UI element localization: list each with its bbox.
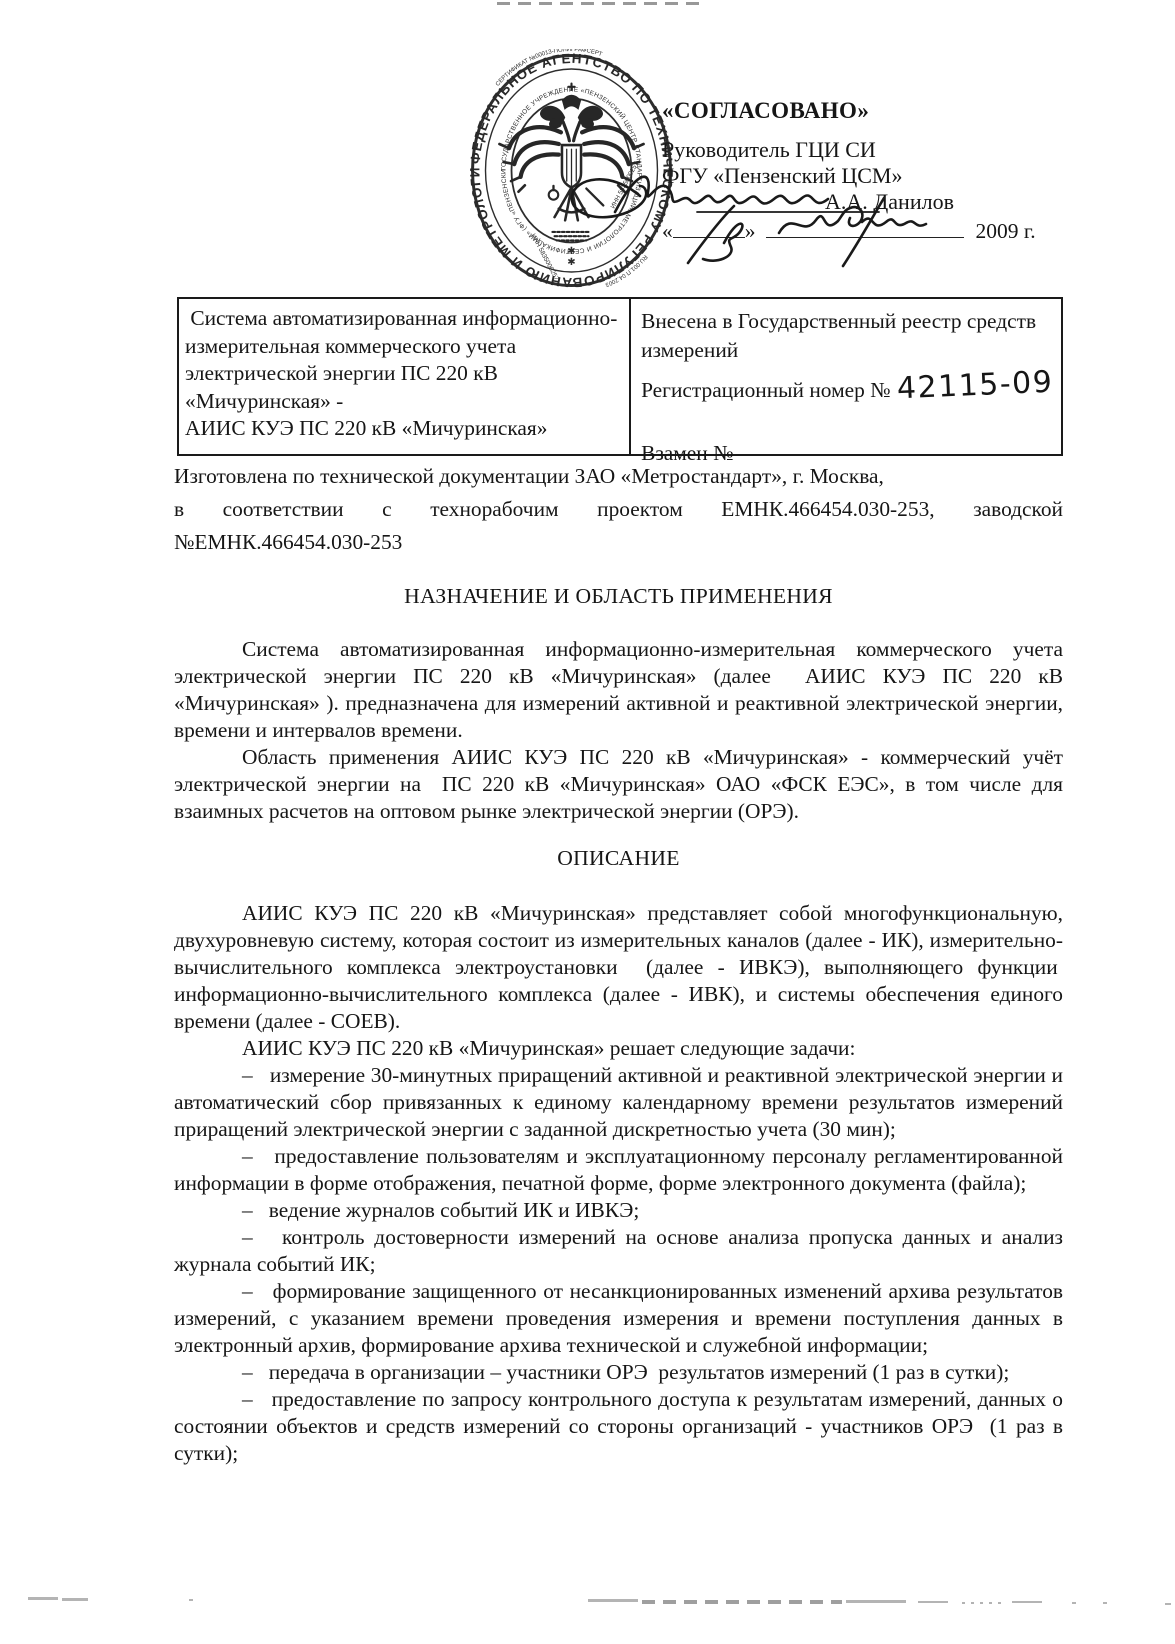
purpose-paragraph-1: Система автоматизированная информационно… [174,636,1063,744]
task-bullet: – измерение 30-минутных приращений актив… [174,1062,1063,1143]
registration-number-row: Регистрационный номер №42115-09 [641,373,1053,405]
registry-entered-line: измерений [641,336,1053,365]
date-quote-close: » [745,219,756,243]
task-bullet: – ведение журналов событий ИК и ИВКЭ; [174,1197,1063,1224]
approval-signer-row: А.А. Данилов [662,189,1082,215]
manufacture-line: в соответствии с технорабочим проектом Е… [174,493,1063,526]
date-year: 2009 г. [976,219,1036,243]
approval-title: «СОГЛАСОВАНО» [662,98,1082,124]
approval-block: «СОГЛАСОВАНО» Руководитель ГЦИ СИ ФГУ «П… [662,98,1082,244]
manufacture-paragraph: Изготовлена по технической документации … [174,460,1063,559]
purpose-paragraph-2: Область применения АИИС КУЭ ПС 220 кВ «М… [174,744,1063,825]
task-bullet: – формирование защищенного от несанкцион… [174,1278,1063,1359]
date-month-blank [766,237,964,238]
manufacture-line: №ЕМНК.466454.030-253 [174,526,1063,559]
task-bullet: – контроль достоверности измерений на ос… [174,1224,1063,1278]
stamp-star: ✱ [567,246,575,257]
approval-date-row: «»2009 г. [662,218,1082,244]
manufacture-line: Изготовлена по технической документации … [174,460,1063,493]
system-name-line: электрической энергии ПС 220 кВ [185,360,621,388]
section-heading-purpose: НАЗНАЧЕНИЕ И ОБЛАСТЬ ПРИМЕНЕНИЯ [174,583,1063,610]
registration-number-value: 42115-09 [896,368,1054,404]
system-name-line: Система автоматизированная информационно… [185,305,621,333]
system-name-line: АИИС КУЭ ПС 220 кВ «Мичуринская» [185,415,621,443]
document-body: Изготовлена по технической документации … [174,460,1063,1467]
section-heading-description: ОПИСАНИЕ [174,845,1063,872]
approval-org: ФГУ «Пензенский ЦСМ» [662,163,1082,189]
task-bullet: – предоставление пользователям и эксплуа… [174,1143,1063,1197]
system-name-line: измерительная коммерческого учета [185,333,621,361]
registration-number-label: Регистрационный номер № [641,378,891,402]
system-name-cell: Система автоматизированная информационно… [179,299,631,454]
task-bullet: – передача в организации – участники ОРЭ… [174,1359,1063,1386]
description-paragraph-2: АИИС КУЭ ПС 220 кВ «Мичуринская» решает … [174,1035,1063,1062]
approval-role: Руководитель ГЦИ СИ [662,137,1082,163]
registry-cell: Внесена в Государственный реестр средств… [631,299,1061,454]
registry-table: Система автоматизированная информационно… [177,297,1063,456]
stamp-star-2: ✱ [567,257,575,268]
date-day-blank [673,237,745,238]
double-headed-eagle-icon [499,84,643,241]
description-paragraph-1: АИИС КУЭ ПС 220 кВ «Мичуринская» предста… [174,900,1063,1035]
document-page: «СОГЛАСОВАНО» Руководитель ГЦИ СИ ФГУ «П… [0,0,1175,1644]
registry-entered-line: Внесена в Государственный реестр средств [641,307,1053,336]
task-bullet: – предоставление по запросу контрольного… [174,1386,1063,1467]
system-name-line: «Мичуринская» - [185,388,621,416]
approval-signer: А.А. Данилов [825,189,954,214]
scan-artifact-top [497,2,702,5]
round-stamp: СЕРТИФИКАТ №00013-ПОЛИГРАФСЕРТ RU.001.П … [461,49,682,292]
